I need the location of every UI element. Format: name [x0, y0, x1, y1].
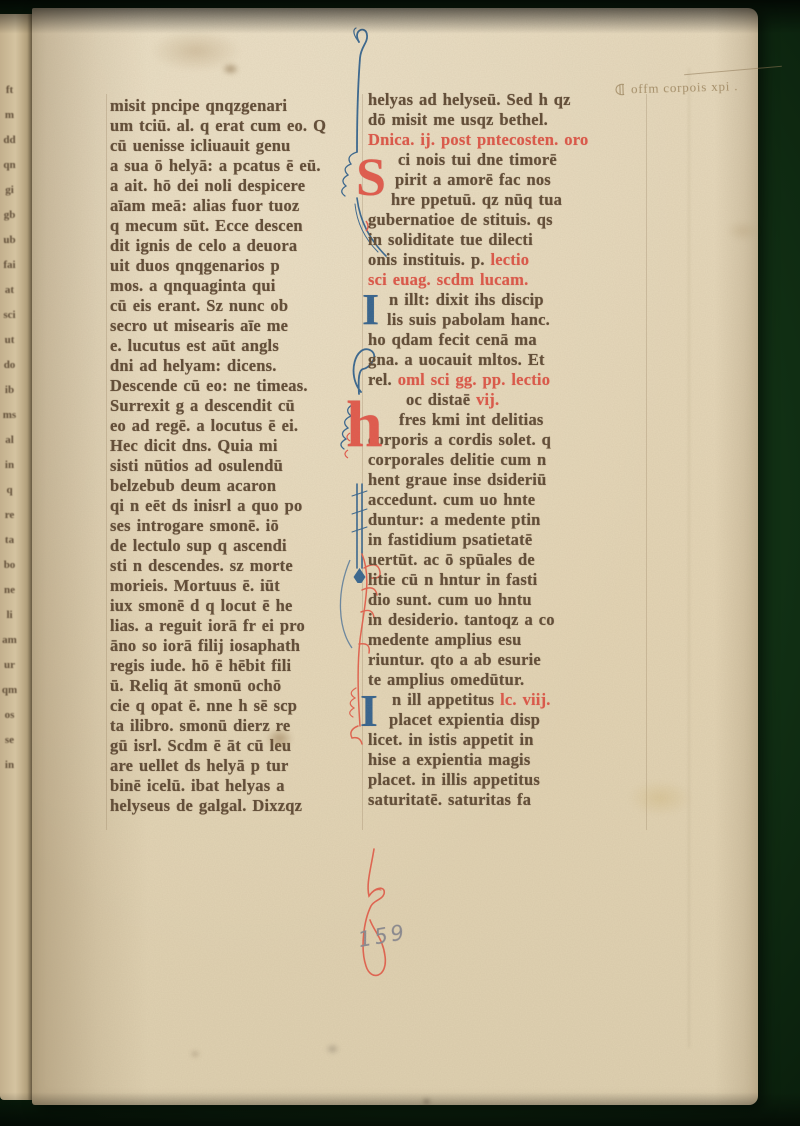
ink-text: dit ignis de celo a deuora: [110, 236, 297, 255]
ink-text: riuntur. qto a ab esurie: [368, 650, 541, 669]
facing-page-edge: ft m dd qn gi gb ub fai at sci ut do ib …: [0, 14, 34, 1100]
manuscript-page: offm corpois xpi . misit pncipe qnqzgena…: [32, 8, 758, 1105]
ink-text: in desiderio. tantoqz a co: [368, 610, 555, 629]
ink-text: e. lucutus est aūt angls: [110, 336, 279, 355]
manuscript-text-line: a sua ō helyā: a pcatus ē eū.: [110, 156, 362, 176]
ink-text: placet expientia disp: [389, 710, 540, 729]
manuscript-text-line: helyas ad helyseū. Sed h qz: [368, 90, 646, 110]
ink-text: binē icelū. ibat helyas a: [110, 776, 285, 795]
ink-text: saturitatē. saturitas fa: [368, 790, 531, 809]
facing-page-text-fragments: ft m dd qn gi gb ub fai at sci ut do ib …: [1, 78, 18, 778]
pencil-scratch-line: [684, 66, 782, 76]
ink-text: sisti nūtios ad osulendū: [110, 456, 283, 475]
parchment-crease: [688, 68, 690, 1048]
ink-text: lis suis pabolam hanc.: [387, 310, 550, 329]
stain: [190, 1050, 200, 1058]
manuscript-text-line: dit ignis de celo a deuora: [110, 236, 362, 256]
ink-text: te amplius omedūtur.: [368, 670, 524, 689]
manuscript-text-line: n illt: dixit ihs discip: [368, 290, 646, 310]
manuscript-text-line: ū. Reliq āt smonū ochō: [110, 676, 362, 696]
manuscript-text-line: placet. in illis appetitus: [368, 770, 646, 790]
ink-text: q mecum sūt. Ecce descen: [110, 216, 303, 235]
ink-text: hise a expientia magis: [368, 750, 530, 769]
ink-text: a sua ō helyā: a pcatus ē eū.: [110, 156, 321, 175]
manuscript-text-line: uit duos qnqgenarios p: [110, 256, 362, 276]
manuscript-text-line: licet. in istis appetit in: [368, 730, 646, 750]
manuscript-text-line: de lectulo sup q ascendi: [110, 536, 362, 556]
ink-text: accedunt. cum uo hnte: [368, 490, 535, 509]
manuscript-text-line: hise a expientia magis: [368, 750, 646, 770]
manuscript-text-line: Hec dicit dns. Quia mi: [110, 436, 362, 456]
rubric-text: Dnica. ij. post pntecosten. oro: [368, 130, 588, 149]
ink-text: are uellet ds helyā p tur: [110, 756, 289, 775]
ink-text: helyseus de galgal. Dixzqz: [110, 796, 302, 815]
ink-text: uertūt. ac ō spūales de: [368, 550, 535, 569]
initial-I-lectio: I: [360, 688, 378, 734]
manuscript-text-line: ses introgare smonē. iō: [110, 516, 362, 536]
ink-text: litie cū n hntur in fasti: [368, 570, 537, 589]
ink-text: mos. a qnquaginta qui: [110, 276, 276, 295]
manuscript-text-line: onis instituis. p. lectio: [368, 250, 646, 270]
ink-text: regis iude. hō ē hēbit fili: [110, 656, 291, 675]
ink-text: medente amplius esu: [368, 630, 521, 649]
ink-text: Hec dicit dns. Quia mi: [110, 436, 278, 455]
manuscript-text-line: rel. oml sci gg. pp. lectio: [368, 370, 646, 390]
manuscript-text-line: gū isrl. Scdm ē āt cū leu: [110, 736, 362, 756]
manuscript-text-line: te amplius omedūtur.: [368, 670, 646, 690]
ink-text: cie q opat ē. nne h sē scp: [110, 696, 297, 715]
manuscript-text-line: dō misit me usqz bethel.: [368, 110, 646, 130]
manuscript-text-line: Descende cū eo: ne timeas.: [110, 376, 362, 396]
manuscript-text-line: sti n descendes. sz morte: [110, 556, 362, 576]
manuscript-text-line: helyseus de galgal. Dixzqz: [110, 796, 362, 816]
photo-background: ft m dd qn gi gb ub fai at sci ut do ib …: [0, 0, 800, 1126]
manuscript-text-line: Dnica. ij. post pntecosten. oro: [368, 130, 646, 150]
stain: [422, 1098, 431, 1105]
manuscript-text-line: a ait. hō dei noli despicere: [110, 176, 362, 196]
ink-text: gubernatioe de stituis. qs: [368, 210, 553, 229]
ink-text: ū. Reliq āt smonū ochō: [110, 676, 281, 695]
header-annotation-text: offm corpois xpi .: [631, 78, 739, 97]
ink-text: oc distaē: [406, 390, 476, 409]
manuscript-text-line: lias. a reguit iorā fr ei pro: [110, 616, 362, 636]
ink-text: aīam meā: alias fuor tuoz: [110, 196, 299, 215]
ink-text: ci nois tui dne timorē: [398, 150, 557, 169]
ink-text: fres kmi int delitias: [399, 410, 544, 429]
manuscript-text-line: ho qdam fecit cenā ma: [368, 330, 646, 350]
manuscript-text-line: sisti nūtios ad osulendū: [110, 456, 362, 476]
ink-text: cū uenisse icliuauit genu: [110, 136, 291, 155]
ink-text: corporales delitie cum n: [368, 450, 546, 469]
left-text-column: misit pncipe qnqzgenarium tciū. al. q er…: [110, 96, 362, 816]
manuscript-text-line: hent graue inse dsideriū: [368, 470, 646, 490]
manuscript-text-line: corporis a cordis solet. q: [368, 430, 646, 450]
ink-text: sti n descendes. sz morte: [110, 556, 293, 575]
ink-text: in soliditate tue dilecti: [368, 230, 533, 249]
ink-text: belzebub deum acaron: [110, 476, 276, 495]
manuscript-text-line: cū uenisse icliuauit genu: [110, 136, 362, 156]
manuscript-text-line: fres kmi int delitias: [368, 410, 646, 430]
manuscript-text-line: medente amplius esu: [368, 630, 646, 650]
ink-text: ho qdam fecit cenā ma: [368, 330, 537, 349]
ink-text: duntur: a medente ptin: [368, 510, 541, 529]
manuscript-text-line: in fastidium psatietatē: [368, 530, 646, 550]
ink-text: Surrexit g a descendit cū: [110, 396, 295, 415]
manuscript-text-line: morieis. Mortuus ē. iūt: [110, 576, 362, 596]
ink-text: ses introgare smonē. iō: [110, 516, 279, 535]
manuscript-text-line: aīam meā: alias fuor tuoz: [110, 196, 362, 216]
manuscript-text-line: oc distaē vij.: [368, 390, 646, 410]
ink-text: lias. a reguit iorā fr ei pro: [110, 616, 305, 635]
manuscript-text-line: iux smonē d q locut ē he: [110, 596, 362, 616]
manuscript-text-line: accedunt. cum uo hnte: [368, 490, 646, 510]
ink-text: ta ilibro. smonū dierz re: [110, 716, 290, 735]
ink-text: a ait. hō dei noli despicere: [110, 176, 305, 195]
ink-text: helyas ad helyseū. Sed h qz: [368, 90, 571, 109]
ink-text: secro ut misearis aīe me: [110, 316, 288, 335]
ink-text: placet. in illis appetitus: [368, 770, 540, 789]
manuscript-text-line: misit pncipe qnqzgenari: [110, 96, 362, 116]
initial-I-gospel: I: [362, 288, 379, 332]
ink-text: corporis a cordis solet. q: [368, 430, 551, 449]
manuscript-text-line: litie cū n hntur in fasti: [368, 570, 646, 590]
manuscript-text-line: regis iude. hō ē hēbit fili: [110, 656, 362, 676]
initial-h-homily: h: [346, 392, 383, 458]
manuscript-text-line: are uellet ds helyā p tur: [110, 756, 362, 776]
manuscript-text-line: āno so iorā filij iosaphath: [110, 636, 362, 656]
manuscript-text-line: pirit a amorē fac nos: [368, 170, 646, 190]
ink-text: gū isrl. Scdm ē āt cū leu: [110, 736, 291, 755]
ink-text: dio sunt. cum uo hntu: [368, 590, 532, 609]
manuscript-text-line: placet expientia disp: [368, 710, 646, 730]
ink-text: eo ad regē. a locutus ē ei.: [110, 416, 298, 435]
manuscript-text-line: lis suis pabolam hanc.: [368, 310, 646, 330]
ink-text: āno so iorā filij iosaphath: [110, 636, 300, 655]
ink-text: pirit a amorē fac nos: [395, 170, 551, 189]
manuscript-text-line: in desiderio. tantoqz a co: [368, 610, 646, 630]
ink-text: qi n eēt ds inisrl a quo po: [110, 496, 302, 515]
manuscript-text-line: dni ad helyam: dicens.: [110, 356, 362, 376]
ink-text: morieis. Mortuus ē. iūt: [110, 576, 280, 595]
ink-text: hent graue inse dsideriū: [368, 470, 546, 489]
manuscript-text-line: dio sunt. cum uo hntu: [368, 590, 646, 610]
stain: [150, 30, 242, 72]
ink-text: n ill appetitus: [392, 690, 500, 709]
ink-text: n illt: dixit ihs discip: [389, 290, 544, 309]
manuscript-text-line: secro ut misearis aīe me: [110, 316, 362, 336]
header-annotation: offm corpois xpi .: [615, 78, 739, 97]
manuscript-text-line: sci euag. scdm lucam.: [368, 270, 646, 290]
manuscript-text-line: ta ilibro. smonū dierz re: [110, 716, 362, 736]
manuscript-text-line: gubernatioe de stituis. qs: [368, 210, 646, 230]
ink-text: misit pncipe qnqzgenari: [110, 96, 287, 115]
ink-text: Descende cū eo: ne timeas.: [110, 376, 308, 395]
rubric-text: vij.: [476, 390, 499, 409]
manuscript-text-line: duntur: a medente ptin: [368, 510, 646, 530]
manuscript-text-line: in soliditate tue dilecti: [368, 230, 646, 250]
manuscript-text-line: cie q opat ē. nne h sē scp: [110, 696, 362, 716]
manuscript-text-line: q mecum sūt. Ecce descen: [110, 216, 362, 236]
stain: [222, 63, 239, 75]
ink-text: rel.: [368, 370, 398, 389]
ink-text: de lectulo sup q ascendi: [110, 536, 287, 555]
ink-text: hre ppetuū. qz nūq tua: [391, 190, 562, 209]
manuscript-text-line: mos. a qnquaginta qui: [110, 276, 362, 296]
right-text-column: helyas ad helyseū. Sed h qzdō misit me u…: [368, 90, 646, 810]
manuscript-text-line: e. lucutus est aūt angls: [110, 336, 362, 356]
manuscript-text-line: cū eis erant. Sz nunc ob: [110, 296, 362, 316]
ink-text: dō misit me usqz bethel.: [368, 110, 548, 129]
ink-text: onis instituis. p.: [368, 250, 490, 269]
capitulum-mark-icon: [615, 82, 626, 96]
ink-text: cū eis erant. Sz nunc ob: [110, 296, 288, 315]
manuscript-text-line: belzebub deum acaron: [110, 476, 362, 496]
rubric-text: lc. viij.: [500, 690, 551, 709]
ink-text: um tciū. al. q erat cum eo. Q: [110, 116, 326, 135]
manuscript-text-line: hre ppetuū. qz nūq tua: [368, 190, 646, 210]
rubric-text: oml sci gg. pp. lectio: [398, 370, 550, 389]
ink-text: gna. a uocauit mltos. Et: [368, 350, 545, 369]
ink-text: iux smonē d q locut ē he: [110, 596, 292, 615]
stain: [726, 220, 760, 242]
ruling-line: [106, 94, 107, 830]
ink-text: uit duos qnqgenarios p: [110, 256, 280, 275]
manuscript-text-line: qi n eēt ds inisrl a quo po: [110, 496, 362, 516]
manuscript-text-line: eo ad regē. a locutus ē ei.: [110, 416, 362, 436]
ruling-line: [646, 94, 647, 830]
manuscript-text-line: saturitatē. saturitas fa: [368, 790, 646, 810]
initial-S: S: [356, 150, 386, 204]
ink-text: dni ad helyam: dicens.: [110, 356, 277, 375]
manuscript-text-line: corporales delitie cum n: [368, 450, 646, 470]
rubric-text: sci euag. scdm lucam.: [368, 270, 528, 289]
manuscript-text-line: uertūt. ac ō spūales de: [368, 550, 646, 570]
ink-text: licet. in istis appetit in: [368, 730, 534, 749]
manuscript-text-line: Surrexit g a descendit cū: [110, 396, 362, 416]
manuscript-text-line: riuntur. qto a ab esurie: [368, 650, 646, 670]
manuscript-text-line: um tciū. al. q erat cum eo. Q: [110, 116, 362, 136]
manuscript-text-line: gna. a uocauit mltos. Et: [368, 350, 646, 370]
manuscript-text-line: binē icelū. ibat helyas a: [110, 776, 362, 796]
rubric-text: lectio: [490, 250, 529, 269]
manuscript-text-line: n ill appetitus lc. viij.: [368, 690, 646, 710]
ink-text: in fastidium psatietatē: [368, 530, 532, 549]
manuscript-text-line: ci nois tui dne timorē: [368, 150, 646, 170]
stain: [326, 1044, 339, 1054]
